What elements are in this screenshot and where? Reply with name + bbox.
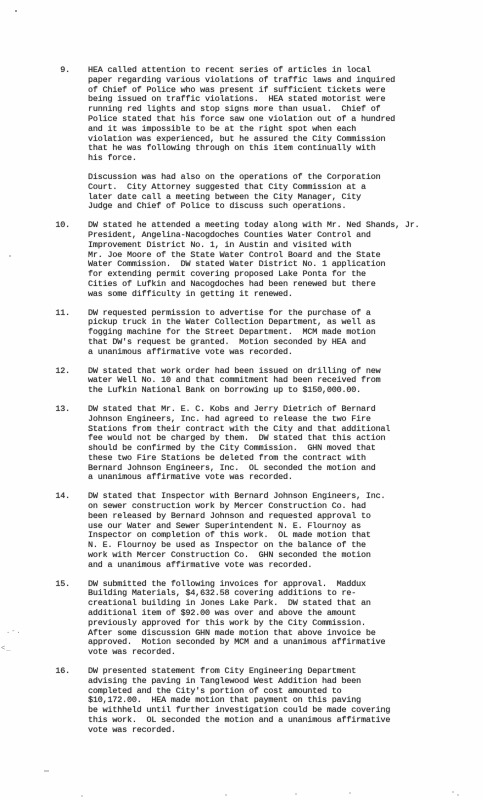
minutes-item: 16.DW presented statement from City Engi… — [44, 667, 456, 736]
item-paragraphs: HEA called attention to recent series of… — [88, 66, 456, 212]
item-paragraph: DW presented statement from City Enginee… — [88, 667, 456, 736]
minutes-text-block: 9.HEA called attention to recent series … — [44, 66, 456, 745]
scan-artifact — [9, 255, 11, 257]
scan-artifact: .-. — [6, 628, 22, 636]
scan-artifact — [44, 770, 49, 772]
item-number: 13. — [44, 405, 70, 415]
item-paragraph: DW stated that work order had been issue… — [88, 367, 456, 396]
item-paragraph: DW submitted the following invoices for … — [88, 580, 456, 658]
scan-artifact — [81, 795, 83, 797]
item-number: 11. — [44, 309, 70, 319]
item-paragraphs: DW stated that Mr. E. C. Kobs and Jerry … — [88, 405, 456, 483]
item-number: 15. — [44, 580, 70, 590]
item-number: 9. — [44, 66, 70, 76]
scan-artifact — [349, 792, 351, 794]
item-paragraph: DW stated he attended a meeting today al… — [88, 221, 456, 299]
scan-artifact — [15, 10, 17, 12]
minutes-item: 9.HEA called attention to recent series … — [44, 66, 456, 212]
scanned-page: .-. <_ 9.HEA called attention to recent … — [0, 0, 483, 800]
item-paragraphs: DW presented statement from City Enginee… — [88, 667, 456, 736]
item-paragraphs: DW stated he attended a meeting today al… — [88, 221, 456, 299]
item-number: 14. — [44, 492, 70, 502]
item-paragraphs: DW stated that work order had been issue… — [88, 367, 456, 396]
item-paragraph: DW stated that Mr. E. C. Kobs and Jerry … — [88, 405, 456, 483]
item-paragraph: DW stated that Inspector with Bernard Jo… — [88, 492, 456, 570]
item-paragraph: HEA called attention to recent series of… — [88, 66, 456, 164]
item-number: 10. — [44, 221, 70, 231]
minutes-item: 15.DW submitted the following invoices f… — [44, 580, 456, 658]
item-number: 16. — [44, 667, 70, 677]
minutes-item: 14.DW stated that Inspector with Bernard… — [44, 492, 456, 570]
scan-artifact — [225, 794, 227, 796]
scan-artifact — [295, 793, 297, 795]
item-number: 12. — [44, 367, 70, 377]
minutes-item: 11.DW requested permission to advertise … — [44, 309, 456, 358]
minutes-item: 12.DW stated that work order had been is… — [44, 367, 456, 396]
minutes-item: 10.DW stated he attended a meeting today… — [44, 221, 456, 299]
item-paragraphs: DW stated that Inspector with Bernard Jo… — [88, 492, 456, 570]
scan-artifact: <_ — [1, 645, 11, 653]
minutes-item: 13.DW stated that Mr. E. C. Kobs and Jer… — [44, 405, 456, 483]
item-paragraph: DW requested permission to advertise for… — [88, 309, 456, 358]
scan-artifact — [457, 794, 459, 796]
scan-artifact — [452, 791, 454, 793]
item-paragraphs: DW requested permission to advertise for… — [88, 309, 456, 358]
item-paragraphs: DW submitted the following invoices for … — [88, 580, 456, 658]
item-paragraph: Discussion was had also on the operation… — [88, 173, 456, 212]
